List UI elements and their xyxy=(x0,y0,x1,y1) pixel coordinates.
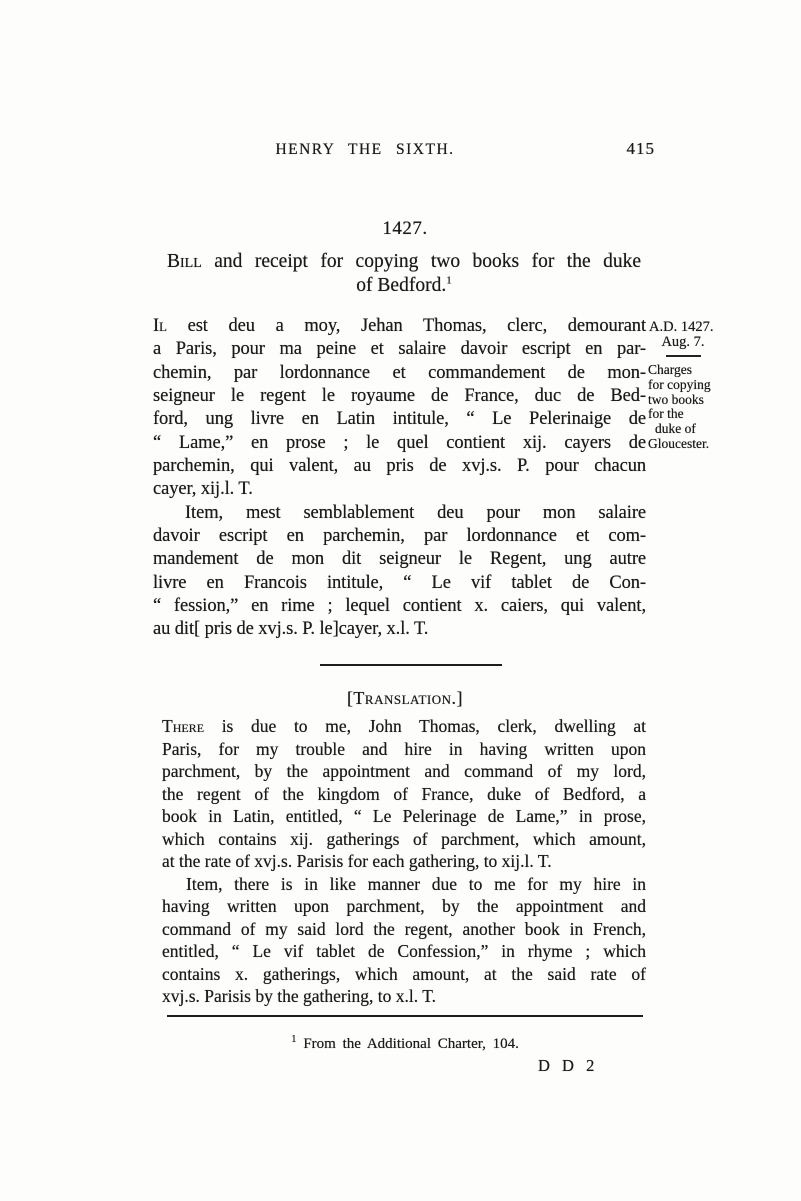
footnote-text: From the Additional Charter, 104. xyxy=(297,1036,519,1052)
text-line: entitled, “ Le vif tablet de Confession,… xyxy=(162,940,646,963)
text-line: contains x. gatherings, which amount, at… xyxy=(162,963,646,986)
title-lead-word: Bill xyxy=(167,251,202,272)
text-line: parchemin, qui valent, au pris de xvj.s.… xyxy=(153,455,646,478)
text-line: chemin, par lordonnance et commandement … xyxy=(153,362,646,385)
french-text-block: Il est deu a moy, Jehan Thomas, clerc, d… xyxy=(153,315,646,642)
text-line: a Paris, pour ma peine et salaire davoir… xyxy=(153,338,646,361)
text-line: ford, ung livre en Latin intitule, “ Le … xyxy=(153,408,646,431)
text-line: “ fession,” en rime ; lequel contient x.… xyxy=(153,595,646,618)
text-line: xvj.s. Parisis by the gathering, to x.l.… xyxy=(162,985,646,1008)
margin-note-line: two books xyxy=(648,393,728,408)
footnote-rule xyxy=(167,1015,643,1017)
margin-note-line: for the xyxy=(648,407,728,422)
text-line: Il est deu a moy, Jehan Thomas, clerc, d… xyxy=(153,315,646,338)
text-line: Item, mest semblablement deu pour mon sa… xyxy=(153,502,646,525)
text-line: livre en Francois intitule, “ Le vif tab… xyxy=(153,572,646,595)
margin-note-line: duke of xyxy=(648,422,728,437)
text-line: command of my said lord the regent, anot… xyxy=(162,918,646,941)
document-title-line-1: Bill and receipt for copying two books f… xyxy=(167,250,641,274)
margin-date-line-1: A.D. 1427. xyxy=(649,320,725,335)
document-title: Bill and receipt for copying two books f… xyxy=(167,250,641,298)
year-heading: 1427. xyxy=(155,218,655,240)
text-line: which contains xij. gatherings of parchm… xyxy=(162,828,646,851)
page-number: 415 xyxy=(600,139,655,159)
signature-mark: D D 2 xyxy=(538,1056,598,1076)
margin-note-divider xyxy=(666,355,701,357)
text-line: There is due to me, John Thomas, clerk, … xyxy=(162,715,646,738)
title-line2-text: of Bedford. xyxy=(356,275,446,296)
text-line-rest: is due to me, John Thomas, clerk, dwelli… xyxy=(204,716,646,736)
text-line: mandement de mon dit seigneur le Regent,… xyxy=(153,548,646,571)
translation-text-block: There is due to me, John Thomas, clerk, … xyxy=(162,715,646,1008)
text-line: au dit[ pris de xvj.s. P. le]cayer, x.l.… xyxy=(153,618,646,641)
text-line: book in Latin, entitled, “ Le Pelerinage… xyxy=(162,805,646,828)
text-line: parchment, by the appointment and comman… xyxy=(162,760,646,783)
text-line: Paris, for my trouble and hire in having… xyxy=(162,738,646,761)
footnote-reference: 1 xyxy=(446,275,452,287)
document-title-line-2: of Bedford.1 xyxy=(167,274,641,298)
text-line-rest: est deu a moy, Jehan Thomas, clerc, demo… xyxy=(167,316,646,336)
margin-date-note: A.D. 1427. Aug. 7. xyxy=(649,320,725,349)
text-line: cayer, xij.l. T. xyxy=(153,478,646,501)
text-line: davoir escript en parchemin, par lordonn… xyxy=(153,525,646,548)
text-line: “ Lame,” en prose ; le quel contient xij… xyxy=(153,432,646,455)
running-header: HENRY THE SIXTH. xyxy=(145,141,585,159)
text-line: at the rate of xvj.s. Parisis for each g… xyxy=(162,850,646,873)
margin-note-line: Gloucester. xyxy=(648,437,728,452)
text-line: the regent of the kingdom of France, duk… xyxy=(162,783,646,806)
margin-date-line-2: Aug. 7. xyxy=(649,335,725,350)
section-divider-rule xyxy=(320,664,502,666)
text-line: Item, there is in like manner due to me … xyxy=(162,873,646,896)
title-line-rest: and receipt for copying two books for th… xyxy=(202,251,641,272)
margin-note-line: for copying xyxy=(648,378,728,393)
text-line: seigneur le regent le royaume de France,… xyxy=(153,385,646,408)
margin-note-line: Charges xyxy=(648,363,728,378)
paragraph-lead-word: There xyxy=(162,716,204,736)
paragraph-lead-word: Il xyxy=(153,316,167,336)
margin-side-note: Charges for copying two books for the du… xyxy=(648,363,728,452)
text-line: having written upon parchment, by the ap… xyxy=(162,895,646,918)
translation-heading: [Translation.] xyxy=(155,688,655,709)
footnote: 1 From the Additional Charter, 104. xyxy=(155,1036,655,1053)
